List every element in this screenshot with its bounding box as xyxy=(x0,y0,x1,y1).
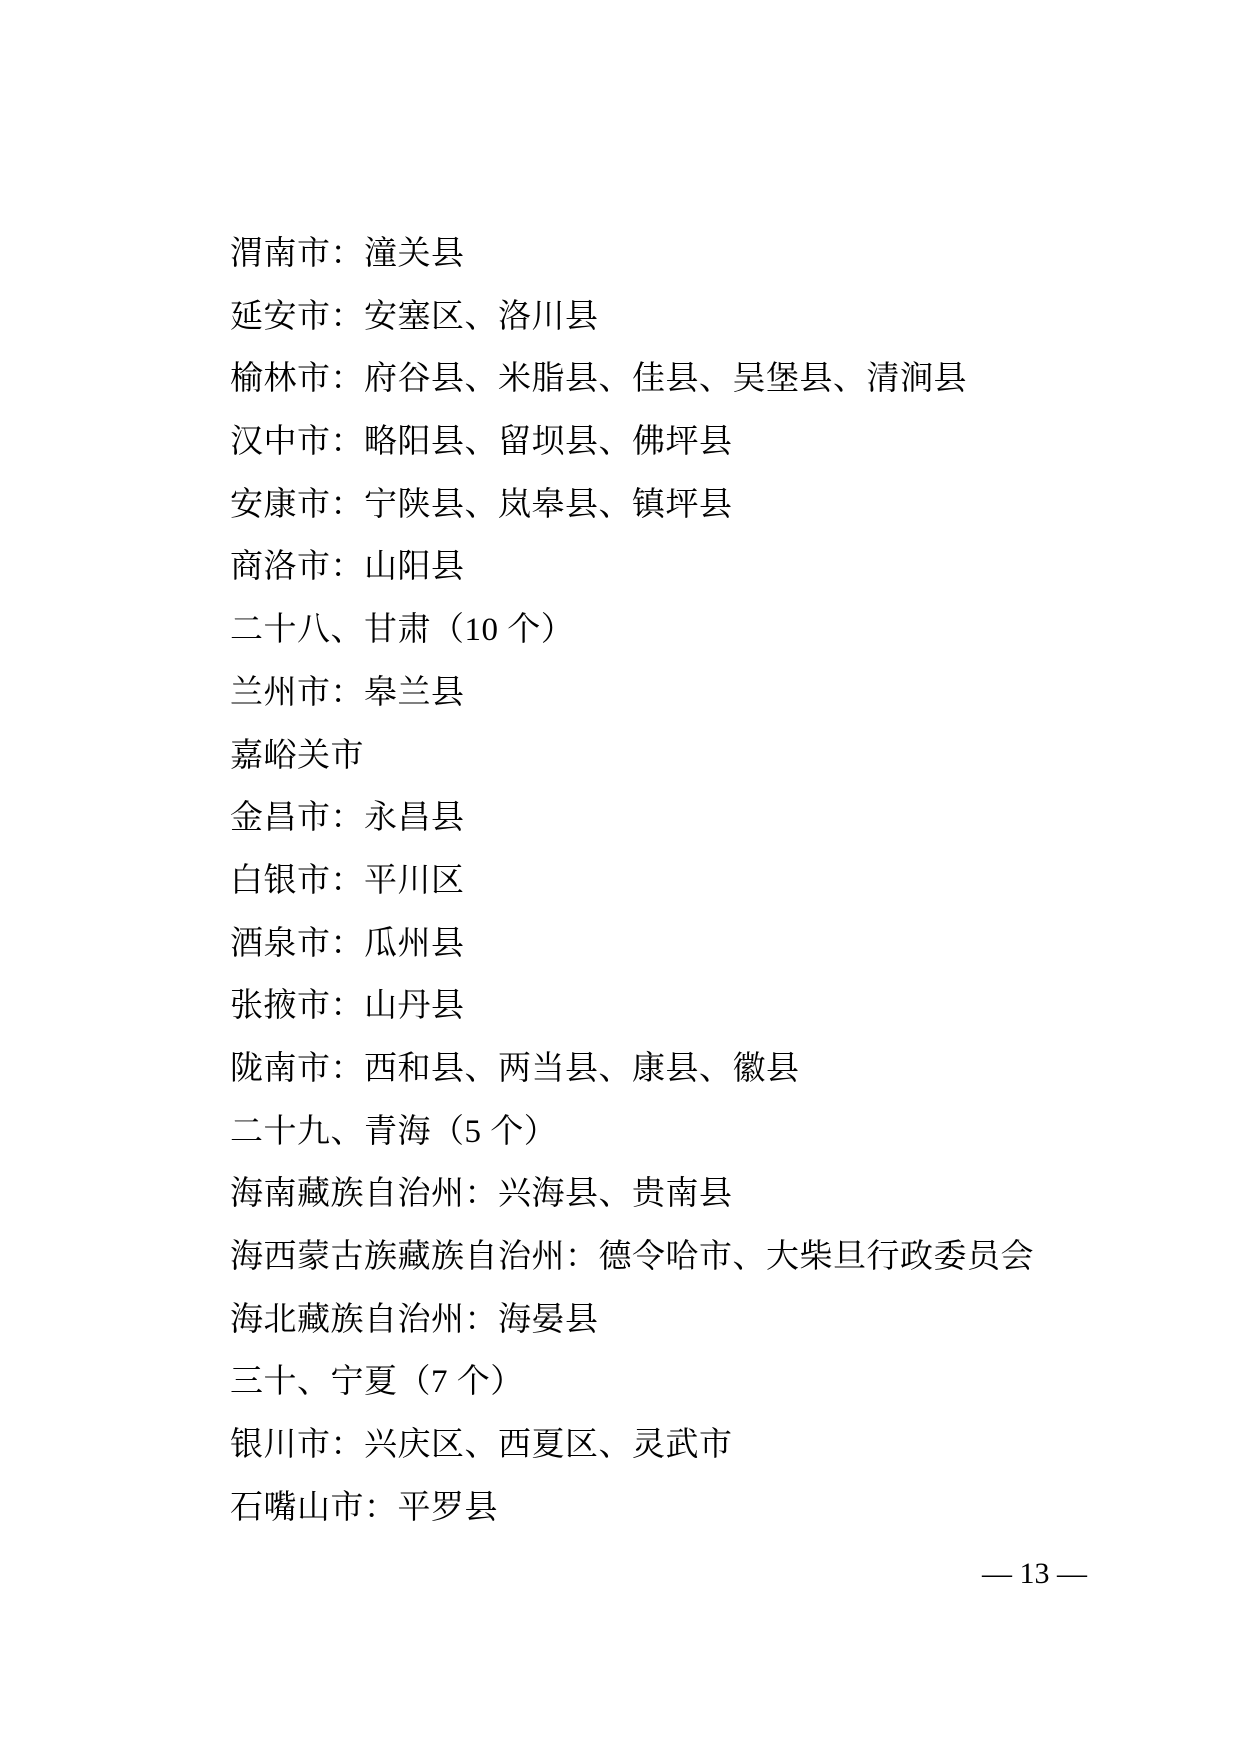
page-number: — 13 — xyxy=(982,1557,1087,1591)
document-line: 嘉峪关市 xyxy=(230,725,1190,788)
section-heading: 二十九、青海（5 个） xyxy=(230,1101,1190,1164)
document-line: 石嘴山市：平罗县 xyxy=(230,1477,1190,1540)
document-line: 酒泉市：瓜州县 xyxy=(230,913,1190,976)
document-line: 安康市：宁陕县、岚皋县、镇坪县 xyxy=(230,474,1190,537)
document-line: 兰州市：皋兰县 xyxy=(230,662,1190,725)
document-line: 金昌市：永昌县 xyxy=(230,787,1190,850)
document-line: 延安市：安塞区、洛川县 xyxy=(230,286,1190,349)
document-line: 白银市：平川区 xyxy=(230,850,1190,913)
section-heading: 三十、宁夏（7 个） xyxy=(230,1351,1190,1414)
document-line: 海北藏族自治州：海晏县 xyxy=(230,1289,1190,1352)
document-line: 银川市：兴庆区、西夏区、灵武市 xyxy=(230,1414,1190,1477)
document-line: 榆林市：府谷县、米脂县、佳县、吴堡县、清涧县 xyxy=(230,348,1190,411)
document-line: 陇南市：西和县、两当县、康县、徽县 xyxy=(230,1038,1190,1101)
document-line: 商洛市：山阳县 xyxy=(230,536,1190,599)
document-line: 渭南市：潼关县 xyxy=(230,223,1190,286)
document-line: 汉中市：略阳县、留坝县、佛坪县 xyxy=(230,411,1190,474)
document-line: 海西蒙古族藏族自治州：德令哈市、大柴旦行政委员会 xyxy=(230,1226,1190,1289)
section-heading: 二十八、甘肃（10 个） xyxy=(230,599,1190,662)
document-body: 渭南市：潼关县延安市：安塞区、洛川县榆林市：府谷县、米脂县、佳县、吴堡县、清涧县… xyxy=(230,223,1190,1539)
document-line: 海南藏族自治州：兴海县、贵南县 xyxy=(230,1163,1190,1226)
document-page: 渭南市：潼关县延安市：安塞区、洛川县榆林市：府谷县、米脂县、佳县、吴堡县、清涧县… xyxy=(0,0,1241,1755)
document-line: 张掖市：山丹县 xyxy=(230,975,1190,1038)
